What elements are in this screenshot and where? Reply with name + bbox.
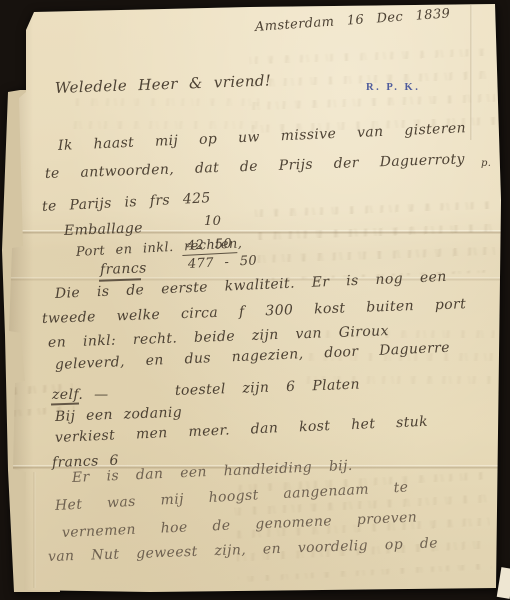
salutation: Weledele Heer & vriend!	[55, 71, 272, 97]
bleedthrough-writing	[254, 201, 496, 281]
letter-line: te antwoorden, dat de Prijs der Daguerro…	[45, 151, 465, 182]
price-value-port: 42 50	[182, 236, 238, 256]
paper-sheet: Amsterdam 16 Dec 1839 Weledele Heer & vr…	[0, 0, 510, 600]
price-line-paris: te Parijs is frs 425	[42, 190, 212, 215]
corner-paper-slip	[497, 567, 510, 599]
letter-line: tweede welke circa f 300 kost buiten por…	[42, 296, 467, 327]
scanned-letter-photo: { "letter": { "dateline": "Amsterdam 16 …	[0, 0, 510, 600]
letter-line-suffix: p.	[481, 158, 491, 169]
total-value: 477 - 50	[188, 253, 258, 272]
bleedthrough-writing	[70, 98, 260, 134]
collection-stamp: R. P. K.	[366, 82, 420, 93]
total-label: francs	[100, 260, 147, 278]
letter-line: zelf. —	[52, 387, 109, 403]
vertical-crease	[33, 472, 36, 588]
price-label-emballage: Emballage	[64, 220, 143, 239]
letter-photo: Amsterdam 16 Dec 1839 Weledele Heer & vr…	[0, 0, 510, 600]
dateline: Amsterdam 16 Dec 1839	[254, 6, 450, 35]
letter-line: toestel zijn 6 Platen	[175, 377, 360, 399]
letter-line: Bij een zodanig	[55, 405, 183, 425]
price-value-emballage: 10	[204, 214, 221, 229]
